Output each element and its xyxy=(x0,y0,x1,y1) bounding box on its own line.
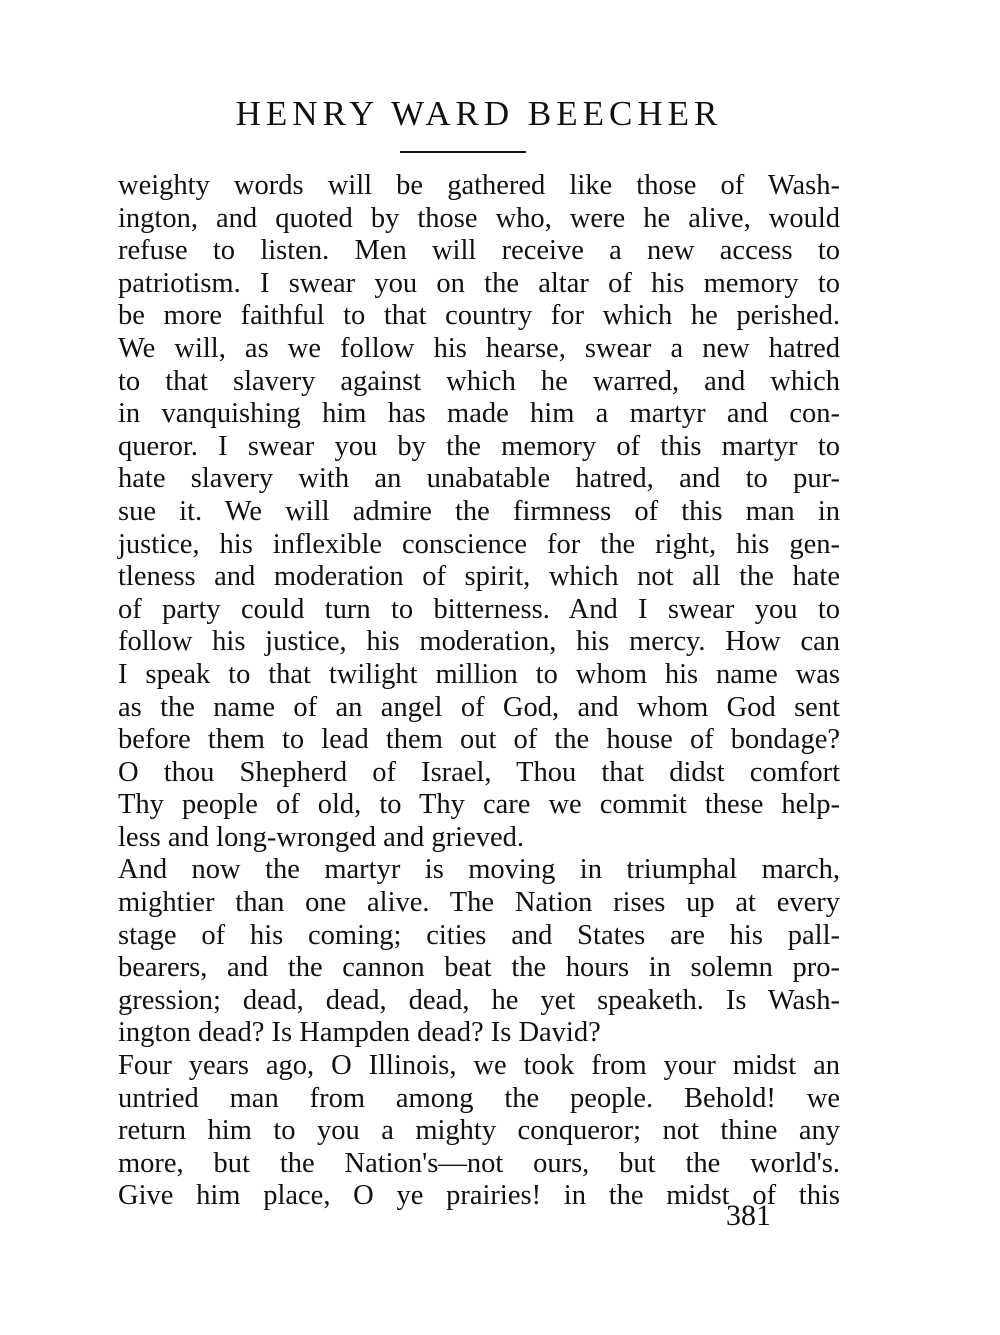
text-line: gression; dead, dead, dead, he yet speak… xyxy=(118,985,840,1018)
text-line: be more faithful to that country for whi… xyxy=(118,300,840,333)
text-line: refuse to listen. Men will receive a new… xyxy=(118,235,840,268)
text-line: hate slavery with an unabatable hatred, … xyxy=(118,463,840,496)
text-line: to that slavery against which he warred,… xyxy=(118,366,840,399)
text-line: justice, his inflexible conscience for t… xyxy=(118,529,840,562)
text-line: before them to lead them out of the hous… xyxy=(118,724,840,757)
text-line: tleness and moderation of spirit, which … xyxy=(118,561,840,594)
text-line: of party could turn to bitterness. And I… xyxy=(118,594,840,627)
text-line: Thy people of old, to Thy care we commit… xyxy=(118,789,840,822)
text-line: less and long-wronged and grieved. xyxy=(118,822,840,855)
running-head: HENRY WARD BEECHER xyxy=(118,90,840,138)
header-rule xyxy=(400,151,526,153)
text-line: ington, and quoted by those who, were he… xyxy=(118,203,840,236)
page-number: 381 xyxy=(726,1196,771,1236)
text-line: untried man from among the people. Behol… xyxy=(118,1083,840,1116)
text-line: ington dead? Is Hampden dead? Is David? xyxy=(118,1017,840,1050)
text-line: in vanquishing him has made him a martyr… xyxy=(118,398,840,431)
text-line: stage of his coming; cities and States a… xyxy=(118,920,840,953)
text-line: more, but the Nation's—not ours, but the… xyxy=(118,1148,840,1181)
text-line: patriotism. I swear you on the altar of … xyxy=(118,268,840,301)
text-line: O thou Shepherd of Israel, Thou that did… xyxy=(118,757,840,790)
text-line: And now the martyr is moving in triumpha… xyxy=(118,854,840,887)
text-line: Four years ago, O Illinois, we took from… xyxy=(118,1050,840,1083)
text-line: follow his justice, his moderation, his … xyxy=(118,626,840,659)
book-page: HENRY WARD BEECHER weighty words will be… xyxy=(0,0,1000,1335)
text-line: We will, as we follow his hearse, swear … xyxy=(118,333,840,366)
text-line: I speak to that twilight million to whom… xyxy=(118,659,840,692)
text-line: bearers, and the cannon beat the hours i… xyxy=(118,952,840,985)
text-line: sue it. We will admire the firmness of t… xyxy=(118,496,840,529)
text-line: as the name of an angel of God, and whom… xyxy=(118,692,840,725)
text-line: return him to you a mighty conqueror; no… xyxy=(118,1115,840,1148)
text-line: mightier than one alive. The Nation rise… xyxy=(118,887,840,920)
text-line: queror. I swear you by the memory of thi… xyxy=(118,431,840,464)
body-text: weighty words will be gathered like thos… xyxy=(118,170,840,1213)
text-line: weighty words will be gathered like thos… xyxy=(118,170,840,203)
